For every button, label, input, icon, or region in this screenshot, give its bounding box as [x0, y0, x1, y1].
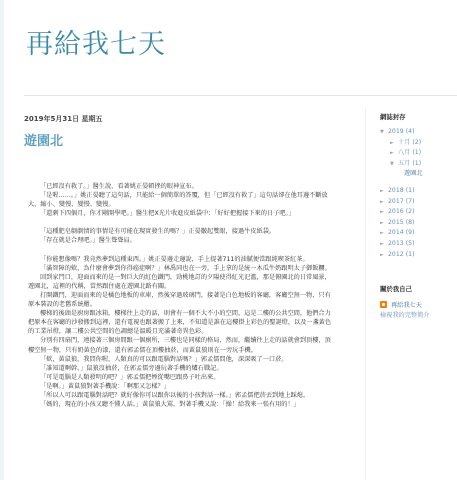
archive-year-2015[interactable]: ►2015 (8) — [380, 218, 457, 229]
archive-month-august[interactable]: ►八月 (1) — [380, 148, 457, 159]
post-paragraph: 「這種肥皂劇劇情的事情是有可能在現實發生的嗎？」正晏皺起雙眼，接過牛皮紙袋。 — [28, 227, 334, 236]
archive-year-2013[interactable]: ►2013 (5) — [380, 239, 457, 250]
collapsed-icon[interactable]: ► — [390, 138, 398, 149]
expanded-icon[interactable]: ▼ — [380, 127, 388, 138]
post-paragraph: 「存在就是合理吧。」醫生聳聳肩。 — [28, 236, 334, 245]
blog-page: 再給我七天 2019年5月31日 星期五 遊園北 「已經沒有救了。」醫生說，看著… — [4, 0, 457, 480]
collapsed-icon[interactable]: ► — [380, 218, 388, 229]
collapsed-icon[interactable]: ► — [380, 250, 388, 261]
post-paragraph: 「所以人可以跟電腦對話吧？就好像你可以跟你以後的小孩對話一樣。」郭孟儒把菸丟到地… — [28, 391, 334, 400]
archive-year-2018[interactable]: ►2018 (1) — [380, 186, 457, 197]
post-paragraph: 回到家門口，迎面而來的是一對巨大的紅色鐵門，勁桃地訂的夕陽使得紅光氾濫，那是俯園… — [28, 273, 334, 291]
collapsed-icon[interactable]: ► — [390, 148, 398, 159]
post-paragraph: 「你能想像嗎？我竟然夢到這種東西。」姚正晏邊走邊說，手上提著711的油膩便當跟純… — [28, 255, 334, 264]
profile-name-link[interactable]: 再給我七天 — [391, 300, 422, 309]
post-body: 「已經沒有救了。」醫生說，看著姚正晏頓挫的眼神宣布。 「是喔……。」姚正晏聽了這… — [28, 182, 334, 409]
archive-post-link[interactable]: 遊園北 — [380, 169, 457, 180]
archive-month-may[interactable]: ▼五月 (1) — [380, 159, 457, 170]
post-title[interactable]: 遊園北 — [24, 130, 63, 149]
archive-year-2016[interactable]: ►2016 (2) — [380, 207, 457, 218]
about-title: 關於我自己 — [380, 284, 457, 293]
collapsed-icon[interactable]: ► — [380, 186, 388, 197]
collapsed-icon[interactable]: ► — [380, 197, 388, 208]
post-paragraph: 「還剩下四個月，你才剛開學吧。」醫生把X光片收進皮紙袋中：「好好把握接下來的日子… — [28, 209, 334, 218]
collapsed-icon[interactable]: ► — [380, 228, 388, 239]
header-divider — [24, 95, 457, 96]
expanded-icon[interactable]: ▼ — [390, 159, 398, 170]
blogger-icon — [380, 301, 387, 308]
post-paragraph: 「誰知道啊幹。」鼠狼沒抽菸，在郭孟儒旁邊玩著手機的爐石戰記。 — [28, 364, 334, 373]
post-date: 2019年5月31日 星期五 — [24, 114, 103, 124]
sidebar: 網誌封存 ▼2019 (4) ►十月 (2) ►八月 (1) ▼五月 (1) 遊… — [380, 112, 457, 321]
view-full-profile-link[interactable]: 檢視我的完整簡介 — [380, 310, 457, 321]
post-paragraph: 「已經沒有救了。」醫生說，看著姚正晏頓挫的眼神宣布。 — [28, 182, 334, 191]
profile-row[interactable]: 再給我七天 — [380, 299, 457, 310]
archive-year-2012[interactable]: ►2012 (1) — [380, 250, 457, 261]
post-paragraph: 樓梯的後頭是廚房跟冰箱，樓梯往上走的話，則會有一個不大不小的空間，這是二樓的公共… — [28, 309, 334, 336]
post-paragraph: 「欸，黃鼠狼，我問你喔，人類真的可以跟電腦對話嗎？」郭孟儒問他，深深吸了一口菸。 — [28, 355, 334, 364]
archive-year-2019[interactable]: ▼2019 (4) — [380, 127, 457, 138]
archive-month-october[interactable]: ►十月 (2) — [380, 138, 457, 149]
post-paragraph: 打開鐵門，迎面而來的是橘色地板的車庫，然後穿過玻璃門，接著是白色地板的客廳，客廳… — [28, 291, 334, 309]
post-paragraph: 「可是電腦是人類發明的吧？」郭孟儒把煙從嘴巴跟鼻子吐出來。 — [28, 373, 334, 382]
about-widget: 關於我自己 再給我七天 檢視我的完整簡介 — [380, 284, 457, 321]
post-paragraph: 「是喔……。」姚正晏聽了這句話，只能給一個簡單的答覆，但「已經沒有救了」這句話卻… — [28, 191, 334, 209]
collapsed-icon[interactable]: ► — [380, 239, 388, 250]
archive-year-2017[interactable]: ►2017 (7) — [380, 197, 457, 208]
post-paragraph: 「媽的，現在的小孩又聽不懂人話。」黃鼠狼大罵，對著手機又說：「操！給我來一張有用… — [28, 400, 334, 409]
sidebar-divider — [365, 108, 366, 480]
collapsed-icon[interactable]: ► — [380, 207, 388, 218]
post-paragraph: 分別有四扇門，連接著三個房間跟一個廁所，三樓也是同樣的格局，然而，繼續往上走的話… — [28, 336, 334, 354]
post-paragraph: 「是啊。」黃鼠狼對著手機說：「啊那又怎樣？」 — [28, 382, 334, 391]
blog-title[interactable]: 再給我七天 — [26, 22, 166, 61]
archive-year-2014[interactable]: ►2014 (9) — [380, 228, 457, 239]
archive-title: 網誌封存 — [380, 112, 457, 121]
post-paragraph: 「滿智障的欸，為什麼會夢到你得癌症啊？」林禹同也在一旁，手上拿的是統一木瓜牛奶跟… — [28, 264, 334, 273]
archive-widget: 網誌封存 ▼2019 (4) ►十月 (2) ►八月 (1) ▼五月 (1) 遊… — [380, 112, 457, 260]
